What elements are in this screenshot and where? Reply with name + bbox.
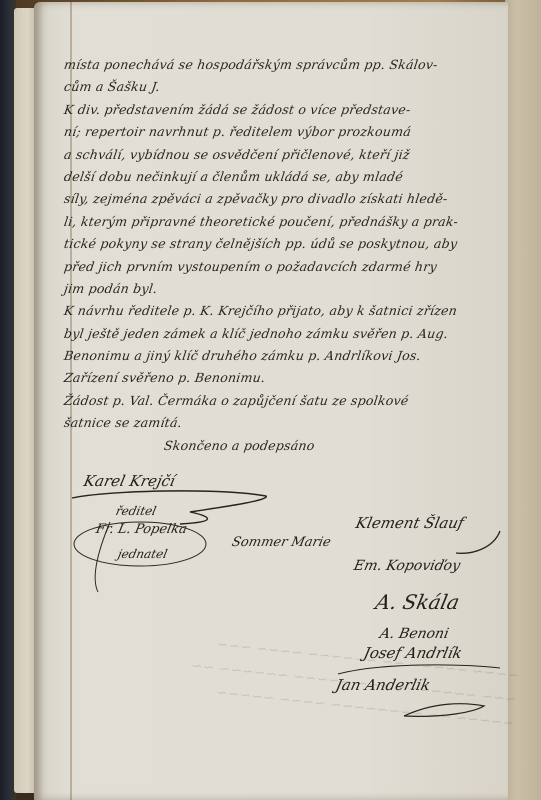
text-line: delší dobu nečinkují a členům ukládá se,…	[62, 166, 505, 188]
signature-andrlik: Josef Andrlík	[362, 644, 464, 662]
signature-kopovidoy: Em. Kopoviďoy	[352, 558, 461, 574]
signature-anderlik: Jan Anderlik	[334, 676, 432, 694]
text-line: místa ponechává se hospodářským správcům…	[62, 54, 505, 76]
signature-slauf: Klement Šlauf	[354, 514, 465, 532]
text-line: cům a Šašku J.	[62, 76, 505, 98]
text-line: byl ještě jeden zámek a klíč jednoho zám…	[62, 323, 505, 345]
text-line: Žádost p. Val. Čermáka o zapůjčení šatu …	[62, 390, 505, 412]
closing-line: Skončeno a podepsáno	[62, 435, 505, 457]
book-photo: ~~~~ ~~~~~ ~~ ~~~~~~ ~~~~ ~~~ ~~~ ~~~~~~…	[0, 0, 541, 800]
text-line: síly, zejména zpěváci a zpěvačky pro div…	[62, 188, 505, 210]
text-line: jim podán byl.	[62, 278, 505, 300]
signature-secretary-role: jednatel	[117, 547, 169, 561]
text-line: Zařízení svěřeno p. Benonimu.	[62, 367, 505, 389]
text-line: tické pokyny se strany čelnějších pp. úd…	[62, 233, 505, 255]
text-line: šatnice se zamítá.	[62, 412, 505, 434]
signature-benoni: A. Benoni	[378, 626, 450, 642]
signature-skala: A. Skála	[373, 590, 461, 614]
signature-flourish	[454, 527, 504, 557]
manuscript-text: místa ponechává se hospodářským správcům…	[64, 54, 504, 457]
text-line: před jich prvním vystoupením o požadavcí…	[62, 256, 505, 278]
text-line: a schválí, vybídnou se osvědčení přičlen…	[62, 144, 505, 166]
text-line: K div. představením žádá se žádost o víc…	[62, 99, 505, 121]
signature-sommer: Sommer Marie	[230, 535, 332, 550]
text-line: ní; repertoir navrhnut p. ředitelem výbo…	[62, 121, 505, 143]
manuscript-page: ~~~~ ~~~~~ ~~ ~~~~~~ ~~~~ ~~~ ~~~ ~~~~~~…	[34, 2, 508, 800]
text-line: Benonimu a jiný klíč druhého zámku p. An…	[62, 345, 505, 367]
text-line: li, kterým připravné theoretické poučení…	[62, 211, 505, 233]
text-line: K návrhu ředitele p. K. Krejčího přijato…	[62, 300, 505, 322]
